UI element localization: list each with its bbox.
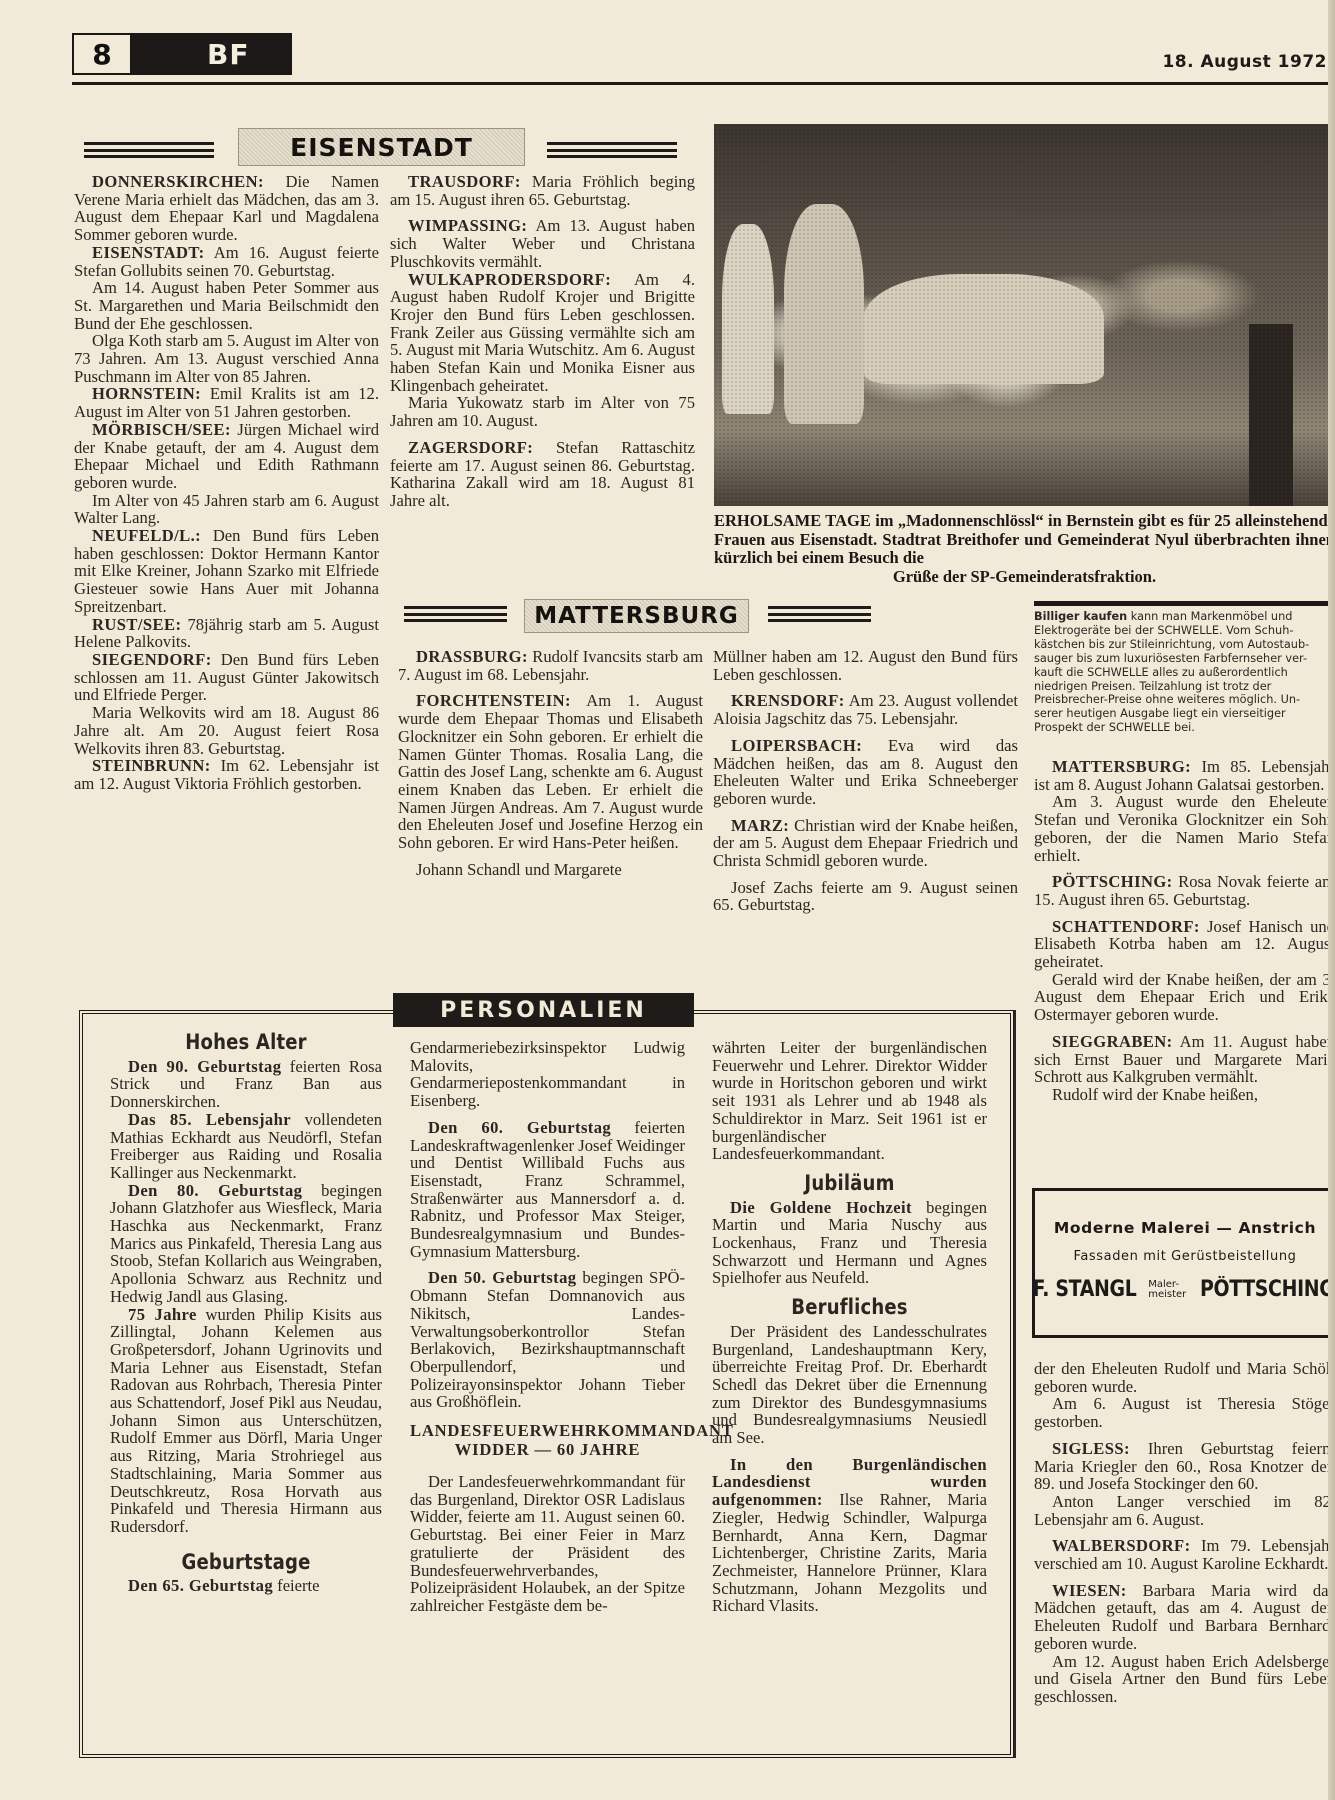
news-item: Maria Welkovits wird am 18. August 86 Ja…	[74, 704, 379, 757]
item-lead: Den 90. Geburtstag	[128, 1057, 281, 1076]
news-item: Olga Koth starb am 5. August im Alter vo…	[74, 332, 379, 385]
photo-figure	[864, 274, 1104, 384]
news-item: Gendarmeriebezirksinspektor Ludwig Malov…	[410, 1039, 685, 1110]
news-item: Am 6. August ist Theresia Stöger gestorb…	[1034, 1395, 1335, 1430]
news-item: 75 Jahre wurden Philip Kisits aus Zillin…	[110, 1306, 382, 1536]
ad-text: kann man Markenmöbel und	[1127, 610, 1292, 623]
item-lead: Die Goldene Hochzeit	[730, 1198, 912, 1217]
item-lead: Den 60. Geburtstag	[428, 1118, 611, 1137]
news-item: Im Alter von 45 Jahren starb am 6. Augus…	[74, 492, 379, 527]
news-item: Den 90. Geburtstag feierten Rosa Strick …	[110, 1058, 382, 1111]
ad-line: serer heutigen Ausgabe liegt ein viersei…	[1034, 707, 1335, 721]
page-number: 8	[74, 35, 132, 73]
item-text: Im Alter von 45 Jahren starb am 6. Augus…	[74, 491, 379, 528]
photo-figure	[784, 204, 864, 424]
eisenstadt-column-2: TRAUSDORF: Maria Fröhlich beging am 15. …	[390, 173, 695, 510]
eisenstadt-column-1: DONNERSKIRCHEN: Die Namen Verene Maria e…	[74, 173, 379, 793]
news-item: NEUFELD/L.: Den Bund fürs Leben haben ge…	[74, 527, 379, 616]
item-lead: PÖTTSCHING:	[1052, 872, 1173, 891]
news-photo	[714, 124, 1335, 506]
item-lead: 75 Jahre	[128, 1305, 197, 1324]
item-text: begingen SPÖ-Obmann Stefan Domnanovich a…	[410, 1268, 685, 1411]
caption-lead: ERHOLSAME TAGE	[714, 512, 871, 530]
subsection-heading: LANDESFEUERWEHRKOMMANDANT WIDDER — 60 JA…	[410, 1421, 685, 1459]
item-lead: SIEGENDORF:	[92, 650, 212, 669]
item-lead: KRENSDORF:	[731, 691, 845, 710]
item-text: Rudolf wird der Knabe heißen,	[1052, 1085, 1258, 1104]
news-item: SIGLESS: Ihren Geburtstag feiern: Maria …	[1034, 1440, 1335, 1493]
item-text: Maria Yukowatz starb im Alter von 75 Jah…	[390, 393, 695, 430]
item-lead: WIESEN:	[1052, 1581, 1127, 1600]
item-lead: TRAUSDORF:	[408, 172, 521, 191]
item-lead: ZAGERSDORF:	[408, 438, 533, 457]
photo-tree	[1249, 324, 1293, 506]
news-item: währten Leiter der burgenländischen Feue…	[712, 1039, 987, 1163]
item-text: Am 1. August wurde dem Ehepaar Thomas un…	[398, 691, 703, 852]
item-lead: WALBERSDORF:	[1052, 1536, 1191, 1555]
item-lead: Den 65. Geburtstag	[128, 1576, 273, 1595]
banner-rule-left	[404, 606, 507, 622]
news-item: Anton Langer verschied im 82. Lebensjahr…	[1034, 1493, 1335, 1528]
item-text: Gendarmeriebezirksinspektor Ludwig Malov…	[410, 1038, 685, 1110]
item-lead: LOIPERSBACH:	[731, 736, 862, 755]
subsection-heading: Hohes Alter	[129, 1034, 363, 1052]
ad-line: Elektrogeräte bei der SCHWELLE. Vom Schu…	[1034, 624, 1335, 638]
item-lead: SIEGGRABEN:	[1052, 1032, 1173, 1051]
news-item: PÖTTSCHING: Rosa Novak feierte am 15. Au…	[1034, 873, 1335, 908]
ad-line: sauger bis zum luxuriösesten Farbfernseh…	[1034, 652, 1335, 666]
item-text: Maria Welkovits wird am 18. August 86 Ja…	[74, 703, 379, 757]
item-text: wurden Philip Kisits aus Zillingtal, Joh…	[110, 1305, 382, 1536]
item-lead: Den 50. Geburtstag	[428, 1268, 576, 1287]
news-item: TRAUSDORF: Maria Fröhlich beging am 15. …	[390, 173, 695, 208]
ad-line: kauft die SCHWELLE alles zu außerordentl…	[1034, 666, 1335, 680]
news-item: Johann Schandl und Margarete	[398, 861, 703, 879]
item-text: Der Präsident des Landesschulrates Burge…	[712, 1322, 987, 1447]
item-lead: MARZ:	[731, 816, 789, 835]
item-text: Ilse Rahner, Maria Ziegler, Hedwig Schin…	[712, 1490, 987, 1615]
ad-trade-bottom: meister	[1148, 1289, 1186, 1300]
news-item: EISENSTADT: Am 16. August feierte Stefan…	[74, 244, 379, 279]
news-item: FORCHTENSTEIN: Am 1. August wurde dem Eh…	[398, 692, 703, 851]
item-lead: NEUFELD/L.:	[92, 526, 201, 545]
news-item: ZAGERSDORF: Stefan Rattaschitz feierte a…	[390, 439, 695, 510]
section-title-personalien: PERSONALIEN	[393, 993, 694, 1027]
item-lead: FORCHTENSTEIN:	[416, 691, 571, 710]
photo-caption: ERHOLSAME TAGE im „Madonnenschlössl“ in …	[714, 512, 1335, 586]
item-lead: HORNSTEIN:	[92, 384, 201, 403]
news-item: DRASSBURG: Rudolf Ivancsits starb am 7. …	[398, 648, 703, 683]
news-item: WIMPASSING: Am 13. August haben sich Wal…	[390, 217, 695, 270]
news-item: Die Goldene Hochzeit begingen Martin und…	[712, 1199, 987, 1288]
news-item: Am 14. August haben Peter Sommer aus St.…	[74, 279, 379, 332]
item-lead: SIGLESS:	[1052, 1439, 1130, 1458]
ad-lead: Billiger kaufen	[1034, 610, 1127, 623]
ad-text: niedrigen Preisen. Teilzahlung ist trotz…	[1034, 680, 1271, 693]
page-header-box: 8 BF	[72, 33, 292, 75]
mattersburg-column-3-bottom: der den Eheleuten Rudolf und Maria Schöl…	[1034, 1360, 1335, 1706]
news-item: SIEGENDORF: Den Bund fürs Leben schlosse…	[74, 651, 379, 704]
news-item: Rudolf wird der Knabe heißen,	[1034, 1086, 1335, 1104]
news-item: Maria Yukowatz starb im Alter von 75 Jah…	[390, 394, 695, 429]
subsection-heading: Berufliches	[731, 1299, 968, 1317]
ad-town: PÖTTSCHING	[1200, 1277, 1335, 1302]
subsection-heading: Jubiläum	[731, 1175, 968, 1193]
ad-line: Billiger kaufen kann man Markenmöbel und	[1034, 610, 1335, 624]
news-item: Gerald wird der Knabe heißen, der am 3. …	[1034, 971, 1335, 1024]
news-item: WULKAPRODERSDORF: Am 4. August haben Rud…	[390, 271, 695, 395]
ad-text: serer heutigen Ausgabe liegt ein viersei…	[1034, 707, 1286, 720]
news-item: KRENSDORF: Am 23. August vollendet Alois…	[713, 692, 1018, 727]
news-item: SIEGGRABEN: Am 11. August haben sich Ern…	[1034, 1033, 1335, 1086]
banner-rule-right	[547, 142, 677, 158]
section-title-eisenstadt: EISENSTADT	[238, 128, 525, 166]
issue-date: 18. August 1972	[1162, 52, 1327, 72]
item-text: Anton Langer verschied im 82. Lebensjahr…	[1034, 1492, 1335, 1529]
item-lead: EISENSTADT:	[92, 243, 205, 262]
item-lead: WULKAPRODERSDORF:	[408, 270, 611, 289]
box-right-rule	[1014, 1010, 1016, 1758]
banner-rule-right	[768, 606, 871, 622]
news-item: LOIPERSBACH: Eva wird das Mädchen heißen…	[713, 737, 1018, 808]
news-item: HORNSTEIN: Emil Kralits ist am 12. Augus…	[74, 385, 379, 420]
ad-line: kästchen bis zur Stileinrichtung, vom Au…	[1034, 638, 1335, 652]
news-item: Den 80. Geburtstag begingen Johann Glatz…	[110, 1182, 382, 1306]
news-item: Josef Zachs feierte am 9. August seinen …	[713, 879, 1018, 914]
news-item: WALBERSDORF: Im 79. Lebensjahr verschied…	[1034, 1537, 1335, 1572]
stangl-ad: Moderne Malerei — Anstrich Fassaden mit …	[1032, 1188, 1335, 1338]
news-item: Am 12. August haben Erich Adelsberger un…	[1034, 1653, 1335, 1706]
item-text: Johann Schandl und Margarete	[416, 860, 622, 879]
ad-subline: Fassaden mit Gerüstbeistellung	[1035, 1249, 1335, 1264]
news-item: RUST/SEE: 78jährig starb am 5. August He…	[74, 616, 379, 651]
schwelle-ad: Billiger kaufen kann man Markenmöbel und…	[1034, 601, 1335, 735]
item-text: Der Landesfeuerwehrkommandant für das Bu…	[410, 1472, 685, 1615]
paper-abbrev: BF	[132, 35, 290, 73]
item-text: Am 3. August wurde den Eheleuten Stefan …	[1034, 792, 1335, 864]
news-item: MARZ: Christian wird der Knabe heißen, d…	[713, 817, 1018, 870]
item-text: Olga Koth starb am 5. August im Alter vo…	[74, 331, 379, 385]
header-rule	[72, 82, 1335, 85]
item-text: der den Eheleuten Rudolf und Maria Schöl…	[1034, 1359, 1335, 1396]
personalien-column-2: Gendarmeriebezirksinspektor Ludwig Malov…	[410, 1039, 685, 1615]
ad-text: sauger bis zum luxuriösesten Farbfernseh…	[1034, 652, 1307, 665]
personalien-column-1: Hohes AlterDen 90. Geburtstag feierten R…	[110, 1030, 382, 1595]
item-text: begingen Johann Glatzhofer aus Wiesfleck…	[110, 1181, 382, 1306]
item-lead: Den 80. Geburtstag	[128, 1181, 302, 1200]
ad-text: Preisbrecher-Preise ohne weiteres möglic…	[1034, 693, 1300, 706]
item-text: feierte	[273, 1576, 320, 1595]
mattersburg-column-3-top: MATTERSBURG: Im 85. Lebensjahr ist am 8.…	[1034, 758, 1335, 1104]
item-lead: MÖRBISCH/SEE:	[92, 420, 231, 439]
section-title-mattersburg: MATTERSBURG	[524, 599, 749, 633]
news-item: der den Eheleuten Rudolf und Maria Schöl…	[1034, 1360, 1335, 1395]
item-text: währten Leiter der burgenländischen Feue…	[712, 1038, 987, 1163]
item-text: Am 6. August ist Theresia Stöger gestorb…	[1034, 1394, 1335, 1431]
item-lead: SCHATTENDORF:	[1052, 917, 1200, 936]
ad-company: F. STANGL	[1033, 1277, 1137, 1302]
news-item: In den Burgenländischen Landesdienst wur…	[712, 1456, 987, 1615]
item-text: Am 12. August haben Erich Adelsberger un…	[1034, 1652, 1335, 1706]
item-lead: MATTERSBURG:	[1052, 757, 1191, 776]
ad-line: niedrigen Preisen. Teilzahlung ist trotz…	[1034, 680, 1335, 694]
ad-line: Preisbrecher-Preise ohne weiteres möglic…	[1034, 693, 1335, 707]
ad-headline: Moderne Malerei — Anstrich	[1035, 1219, 1335, 1237]
item-text: Am 4. August haben Rudolf Krojer und Bri…	[390, 270, 695, 395]
news-item: DONNERSKIRCHEN: Die Namen Verene Maria e…	[74, 173, 379, 244]
news-item: Am 3. August wurde den Eheleuten Stefan …	[1034, 793, 1335, 864]
ad-trade: Maler-meister	[1148, 1280, 1186, 1300]
item-text: feierten Landeskraftwagenlenker Josef We…	[410, 1118, 685, 1261]
news-item: SCHATTENDORF: Josef Hanisch und Elisabet…	[1034, 918, 1335, 971]
banner-rule-left	[84, 142, 214, 158]
ad-text: kästchen bis zur Stileinrichtung, vom Au…	[1034, 638, 1309, 651]
ad-line: Prospekt der SCHWELLE bei.	[1034, 721, 1335, 735]
news-item: Der Präsident des Landesschulrates Burge…	[712, 1323, 987, 1447]
news-item: Der Landesfeuerwehrkommandant für das Bu…	[410, 1473, 685, 1615]
item-lead: DONNERSKIRCHEN:	[92, 172, 264, 191]
photo-figure	[722, 224, 774, 414]
item-lead: WIMPASSING:	[408, 216, 527, 235]
item-text: Am 14. August haben Peter Sommer aus St.…	[74, 278, 379, 332]
item-text: Müllner haben am 12. August den Bund für…	[713, 647, 1018, 684]
news-item: MÖRBISCH/SEE: Jürgen Michael wird der Kn…	[74, 421, 379, 492]
item-lead: RUST/SEE:	[92, 615, 181, 634]
mattersburg-column-1: DRASSBURG: Rudolf Ivancsits starb am 7. …	[398, 648, 703, 878]
news-item: Den 50. Geburtstag begingen SPÖ-Obmann S…	[410, 1269, 685, 1411]
news-item: Müllner haben am 12. August den Bund für…	[713, 648, 1018, 683]
ad-signature: F. STANGL Maler-meister PÖTTSCHING	[1035, 1277, 1335, 1302]
news-item: Den 65. Geburtstag feierte	[110, 1577, 382, 1595]
item-text: Josef Zachs feierte am 9. August seinen …	[713, 878, 1018, 915]
mattersburg-column-2: Müllner haben am 12. August den Bund für…	[713, 648, 1018, 914]
subsection-heading: Geburtstage	[129, 1554, 363, 1572]
item-lead: DRASSBURG:	[416, 647, 528, 666]
news-item: WIESEN: Barbara Maria wird das Mädchen g…	[1034, 1582, 1335, 1653]
news-item: Den 60. Geburtstag feierten Landeskraftw…	[410, 1119, 685, 1261]
caption-last-line: Grüße der SP-Gemeinderatsfraktion.	[714, 568, 1335, 587]
news-item: STEINBRUNN: Im 62. Lebensjahr ist am 12.…	[74, 757, 379, 792]
ad-text: Prospekt der SCHWELLE bei.	[1034, 721, 1195, 734]
personalien-column-3: währten Leiter der burgenländischen Feue…	[712, 1039, 987, 1615]
news-item: Das 85. Lebensjahr vollendeten Mathias E…	[110, 1111, 382, 1182]
ad-text: kauft die SCHWELLE alles zu außerordentl…	[1034, 666, 1288, 679]
item-text: Gerald wird der Knabe heißen, der am 3. …	[1034, 970, 1335, 1024]
page-edge	[1328, 0, 1335, 1800]
news-item: MATTERSBURG: Im 85. Lebensjahr ist am 8.…	[1034, 758, 1335, 793]
item-lead: Das 85. Lebensjahr	[128, 1110, 291, 1129]
ad-text: Elektrogeräte bei der SCHWELLE. Vom Schu…	[1034, 624, 1293, 637]
item-lead: STEINBRUNN:	[92, 756, 211, 775]
